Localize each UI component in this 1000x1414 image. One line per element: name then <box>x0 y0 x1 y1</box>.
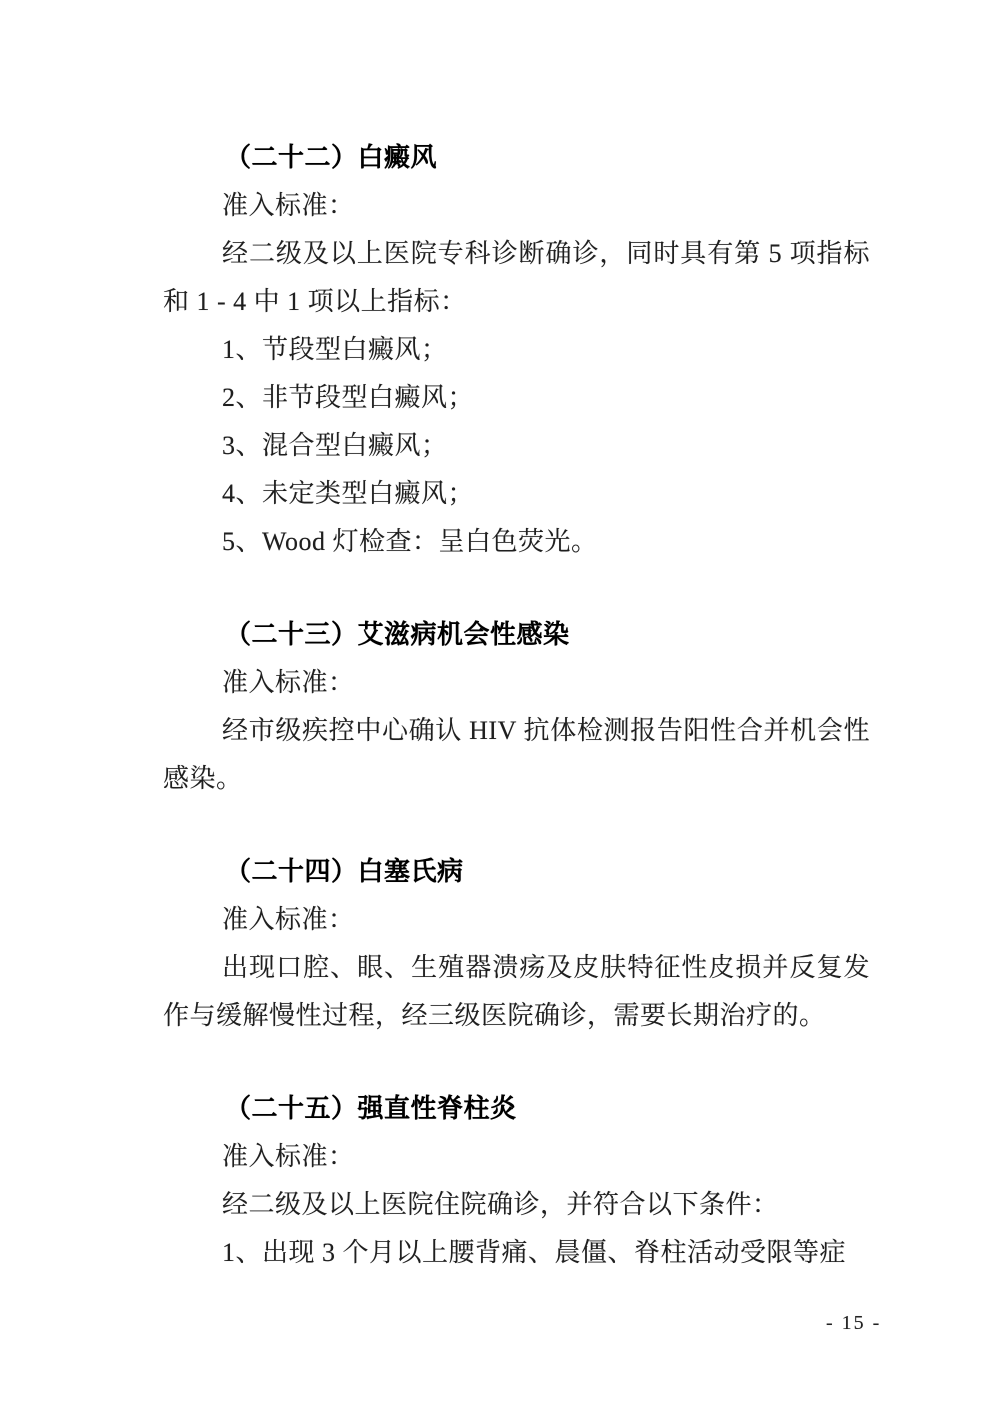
criteria-paragraph: 经市级疾控中心确认 HIV 抗体检测报告阳性合并机会性感染。 <box>163 707 870 803</box>
criteria-paragraph: 经二级及以上医院住院确诊，并符合以下条件： <box>163 1181 870 1229</box>
document-page: （二十二）白癜风 准入标准： 经二级及以上医院专科诊断确诊，同时具有第 5 项指… <box>0 0 1000 1414</box>
disease-section: （二十三）艾滋病机会性感染 准入标准： 经市级疾控中心确认 HIV 抗体检测报告… <box>163 611 870 803</box>
section-heading: （二十五）强直性脊柱炎 <box>163 1085 870 1133</box>
disease-section: （二十二）白癜风 准入标准： 经二级及以上医院专科诊断确诊，同时具有第 5 项指… <box>163 134 870 566</box>
criteria-item: 1、节段型白癜风； <box>163 326 870 374</box>
criteria-label: 准入标准： <box>163 659 870 707</box>
criteria-label: 准入标准： <box>163 1133 870 1181</box>
criteria-item: 5、Wood 灯检查：呈白色荧光。 <box>163 518 870 566</box>
disease-section: （二十四）白塞氏病 准入标准： 出现口腔、眼、生殖器溃疡及皮肤特征性皮损并反复发… <box>163 848 870 1040</box>
criteria-label: 准入标准： <box>163 896 870 944</box>
section-heading: （二十四）白塞氏病 <box>163 848 870 896</box>
criteria-paragraph: 经二级及以上医院专科诊断确诊，同时具有第 5 项指标和 1 - 4 中 1 项以… <box>163 230 870 326</box>
criteria-item: 2、非节段型白癜风； <box>163 374 870 422</box>
criteria-item: 3、混合型白癜风； <box>163 422 870 470</box>
criteria-paragraph: 出现口腔、眼、生殖器溃疡及皮肤特征性皮损并反复发作与缓解慢性过程，经三级医院确诊… <box>163 944 870 1040</box>
criteria-label: 准入标准： <box>163 182 870 230</box>
criteria-item: 4、未定类型白癜风； <box>163 470 870 518</box>
section-heading: （二十三）艾滋病机会性感染 <box>163 611 870 659</box>
disease-section: （二十五）强直性脊柱炎 准入标准： 经二级及以上医院住院确诊，并符合以下条件：1… <box>163 1085 870 1277</box>
page-number: - 15 - <box>826 1312 881 1335</box>
criteria-item: 1、出现 3 个月以上腰背痛、晨僵、脊柱活动受限等症 <box>163 1229 870 1277</box>
section-heading: （二十二）白癜风 <box>163 134 870 182</box>
document-content: （二十二）白癜风 准入标准： 经二级及以上医院专科诊断确诊，同时具有第 5 项指… <box>163 134 870 1277</box>
